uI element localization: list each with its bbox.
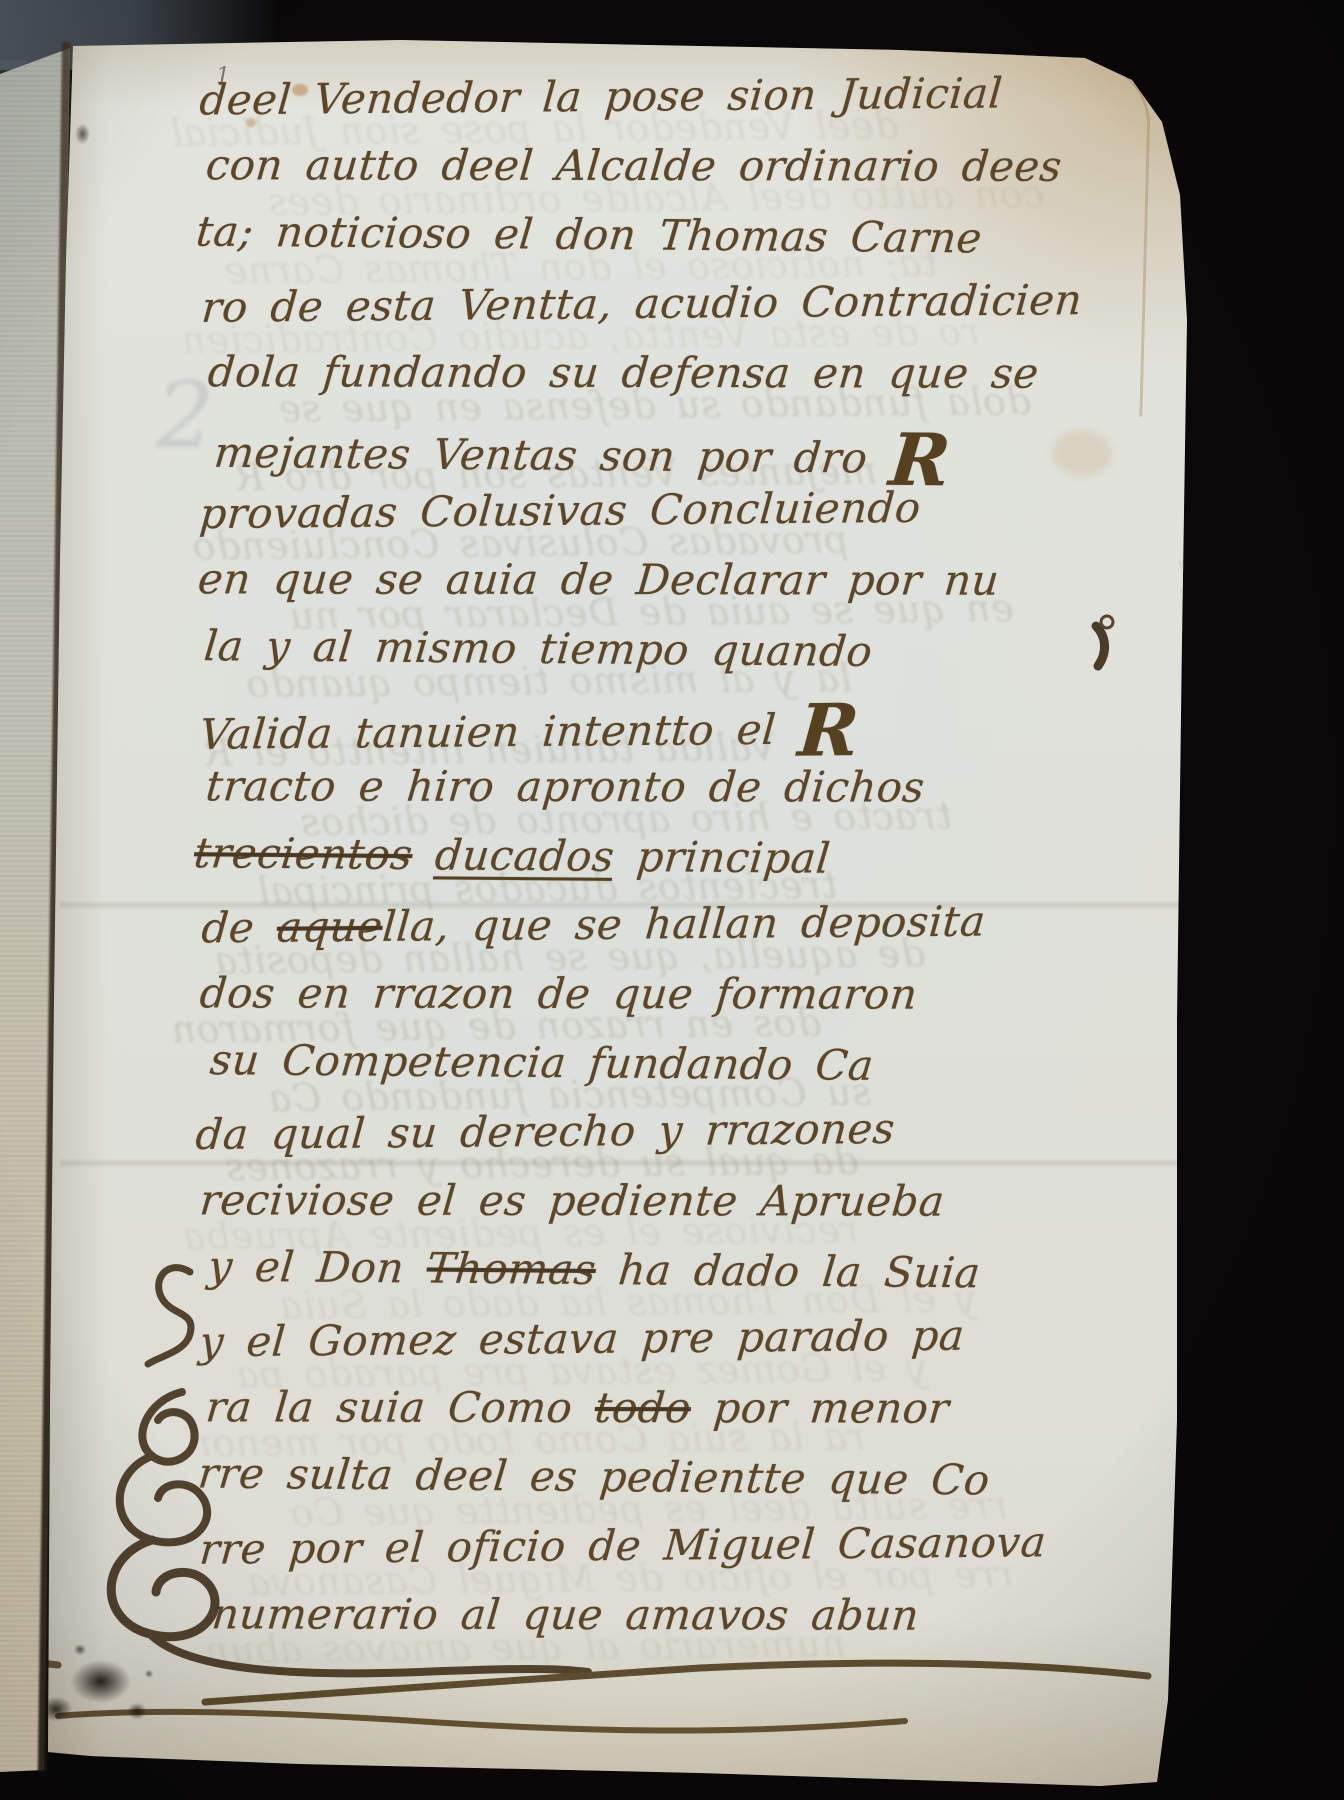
manuscript-line: Valida tanuien intentto el R [197,694,858,772]
manuscript-line: ta; noticioso el don Thomas Carne [194,211,984,260]
manuscript-line: dos en rrazon de que formaron [198,972,919,1015]
word-segment: y el Don [206,1242,429,1293]
manuscript-line: tracto e hiro apronto de dichos [204,765,926,808]
manuscript-line: ra la suia Como todo por menor [204,1386,951,1429]
word-segment: provadas Colusivas Concluiendo [198,483,923,538]
manuscript-line: dola fundando su defensa en que se [206,351,1040,394]
manuscript-line: y el Don Thomas ha dado la Suia [206,1246,982,1295]
manuscript-line: trecientos ducados principal [192,832,832,880]
word-segment: y el Gomez estava pre parado pa [198,1311,967,1367]
word-segment: con autto deel Alcalde ordinario dees [204,140,1064,190]
manuscript-line: rre por el oficio de Miguel Casanova [198,1521,1048,1570]
manuscript-line: reciviose el es pediente Aprueba [198,1179,946,1222]
manuscript-line: de aquella, que se hallan deposita [200,901,987,950]
word-segment: tracto e hiro apronto de dichos [204,761,927,811]
manuscript-line: su Competencia fundando Ca [208,1039,875,1087]
word-segment: rre sulta deel es pedientte que Co [196,1449,992,1505]
word-segment: de [200,903,279,953]
manuscript-line: con autto deel Alcalde ordinario dees [204,144,1063,187]
word-segment: su Competencia fundando Ca [208,1035,876,1090]
word-segment: principal [612,832,833,883]
word-segment: en que se auia de Declarar por nu [196,554,1001,604]
word-segment: dola fundando su defensa en que se [206,347,1041,397]
word-segment: ha dado la Suia [594,1245,983,1297]
word-segment: rre por el oficio de Miguel Casanova [198,1517,1048,1573]
word-segment: numerario al que amavos abun [210,1589,921,1639]
word-segment: mejantes Ventas son por dro [212,428,892,483]
word-segment: ra la suia Como [204,1382,597,1432]
word-segment: da qual su derecho y rrazones [194,1104,897,1159]
manuscript-page: 2 1 deel Vendedor la pose sion Judicialc… [0,0,1344,1800]
manuscript-line: ro de esta Ventta, acudio Contradicien [200,279,1084,329]
word-segment: aque [275,902,384,952]
manuscript-line: deel Vendedor la pose sion Judicial [198,73,1004,122]
word-segment: dos en rrazon de que formaron [198,968,920,1018]
word-segment: la y al mismo tiempo quando [202,621,875,676]
manuscript-line: la y al mismo tiempo quando [202,625,874,673]
manuscript-line: en que se auia de Declarar por nu [196,558,1001,601]
word-segment: Valida tanuien intentto el [198,705,801,759]
manuscript-photo: 2 1 deel Vendedor la pose sion Judicialc… [0,0,1344,1800]
word-segment: deel Vendedor la pose sion Judicial [198,69,1005,125]
manuscript-line: rre sulta deel es pedientte que Co [196,1453,991,1502]
word-segment: trecientos [192,828,415,879]
word-segment: Thomas [425,1244,599,1294]
word-segment: todo [593,1383,693,1432]
word-segment: ducados [433,830,617,881]
manuscript-line: numerario al que amavos abun [210,1593,921,1636]
manuscript-line: provadas Colusivas Concluiendo [198,487,922,535]
word-segment: lla, que se hallan deposita [381,897,988,951]
word-segment: reciviose el es pediente Aprueba [198,1175,947,1225]
word-segment: ro de esta Ventta, acudio Contradicien [200,275,1084,332]
word-segment: ta; noticioso el don Thomas Carne [194,207,984,263]
manuscript-line: da qual su derecho y rrazones [194,1108,896,1156]
handwritten-text-block: deel Vendedor la pose sion Judicialcon a… [0,0,1344,1800]
manuscript-line: y el Gomez estava pre parado pa [198,1315,966,1364]
flourished-initial: R [795,687,859,772]
word-segment: por menor [689,1383,951,1432]
